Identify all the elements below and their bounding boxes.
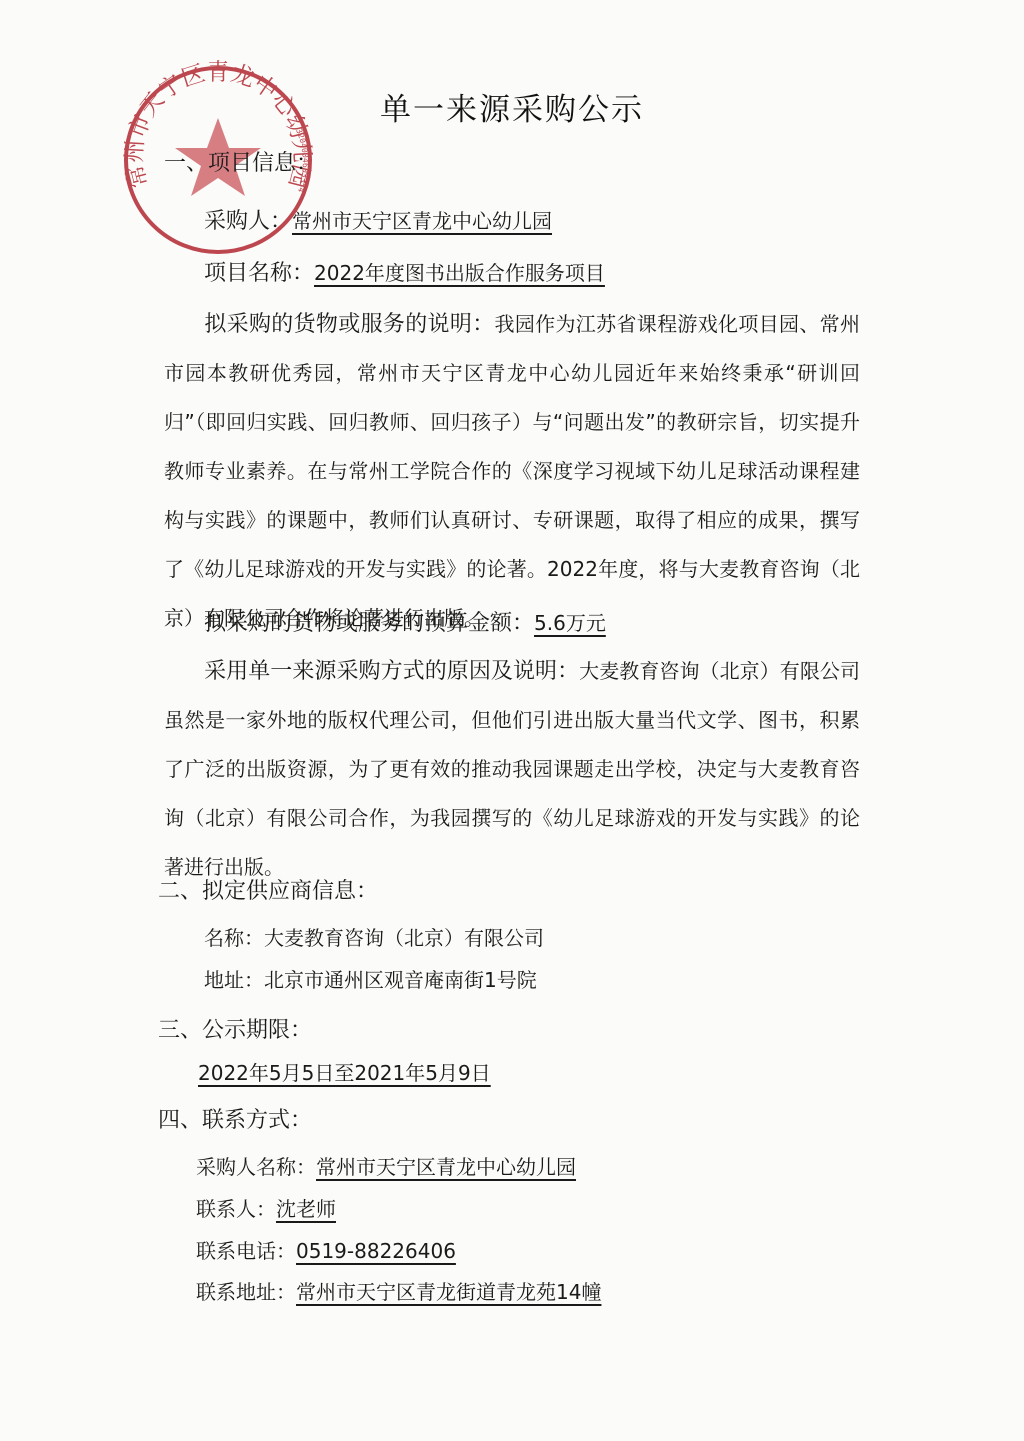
- section-3-heading: 三、公示期限：: [158, 1013, 312, 1044]
- section-4-heading: 四、联系方式：: [158, 1103, 312, 1134]
- budget-label: 拟采购的货物或服务的预算金额：: [204, 611, 534, 636]
- procurement-description: 拟采购的货物或服务的说明：我园作为江苏省课程游戏化项目园、常州市园本教研优秀园，…: [164, 300, 860, 643]
- reason-label: 采用单一来源采购方式的原因及说明：: [204, 659, 579, 684]
- budget-value: 5.6万元: [534, 611, 606, 635]
- contact-person-label: 联系人：: [196, 1197, 276, 1221]
- publicity-period: 2022年5月5日至2021年5月9日: [198, 1057, 491, 1086]
- supplier-address: 地址：北京市通州区观音庵南街1号院: [204, 964, 537, 993]
- contact-person-value: 沈老师: [276, 1197, 336, 1221]
- contact-phone-value: 0519-88226406: [296, 1239, 456, 1263]
- budget-row: 拟采购的货物或服务的预算金额：5.6万元: [204, 606, 606, 637]
- contact-buyer-label: 采购人名称：: [196, 1155, 316, 1179]
- contact-phone-label: 联系电话：: [196, 1239, 296, 1263]
- document-page: 常州市天宁区青龙中心幼儿园 3204004603354 单一来源采购公示 一、项…: [0, 0, 1024, 1441]
- contact-buyer-row: 采购人名称：常州市天宁区青龙中心幼儿园: [196, 1151, 576, 1180]
- contact-address-row: 联系地址：常州市天宁区青龙街道青龙苑14幢: [196, 1276, 601, 1305]
- contact-address-value: 常州市天宁区青龙街道青龙苑14幢: [296, 1280, 601, 1304]
- supplier-name: 名称：大麦教育咨询（北京）有限公司: [204, 922, 544, 951]
- buyer-label: 采购人：: [204, 209, 292, 234]
- contact-buyer-value: 常州市天宁区青龙中心幼儿园: [316, 1155, 576, 1179]
- contact-address-label: 联系地址：: [196, 1280, 296, 1304]
- buyer-row: 采购人：常州市天宁区青龙中心幼儿园: [204, 204, 592, 235]
- section-1-heading: 一、项目信息：: [164, 146, 318, 177]
- document-title: 单一来源采购公示: [0, 84, 1024, 129]
- contact-phone-row: 联系电话：0519-88226406: [196, 1235, 456, 1264]
- description-text: 我园作为江苏省课程游戏化项目园、常州市园本教研优秀园，常州市天宁区青龙中心幼儿园…: [164, 312, 860, 630]
- project-name-row: 项目名称：2022年度图书出版合作服务项目: [204, 256, 605, 287]
- description-label: 拟采购的货物或服务的说明：: [204, 312, 495, 337]
- single-source-reason: 采用单一来源采购方式的原因及说明：大麦教育咨询（北京）有限公司虽然是一家外地的版…: [164, 647, 860, 892]
- buyer-value: 常州市天宁区青龙中心幼儿园: [292, 209, 592, 233]
- project-name-value: 2022年度图书出版合作服务项目: [314, 261, 605, 285]
- project-name-label: 项目名称：: [204, 261, 314, 286]
- contact-person-row: 联系人：沈老师: [196, 1193, 336, 1222]
- section-2-heading: 二、拟定供应商信息：: [158, 874, 378, 905]
- reason-text: 大麦教育咨询（北京）有限公司虽然是一家外地的版权代理公司，但他们引进出版大量当代…: [164, 659, 860, 879]
